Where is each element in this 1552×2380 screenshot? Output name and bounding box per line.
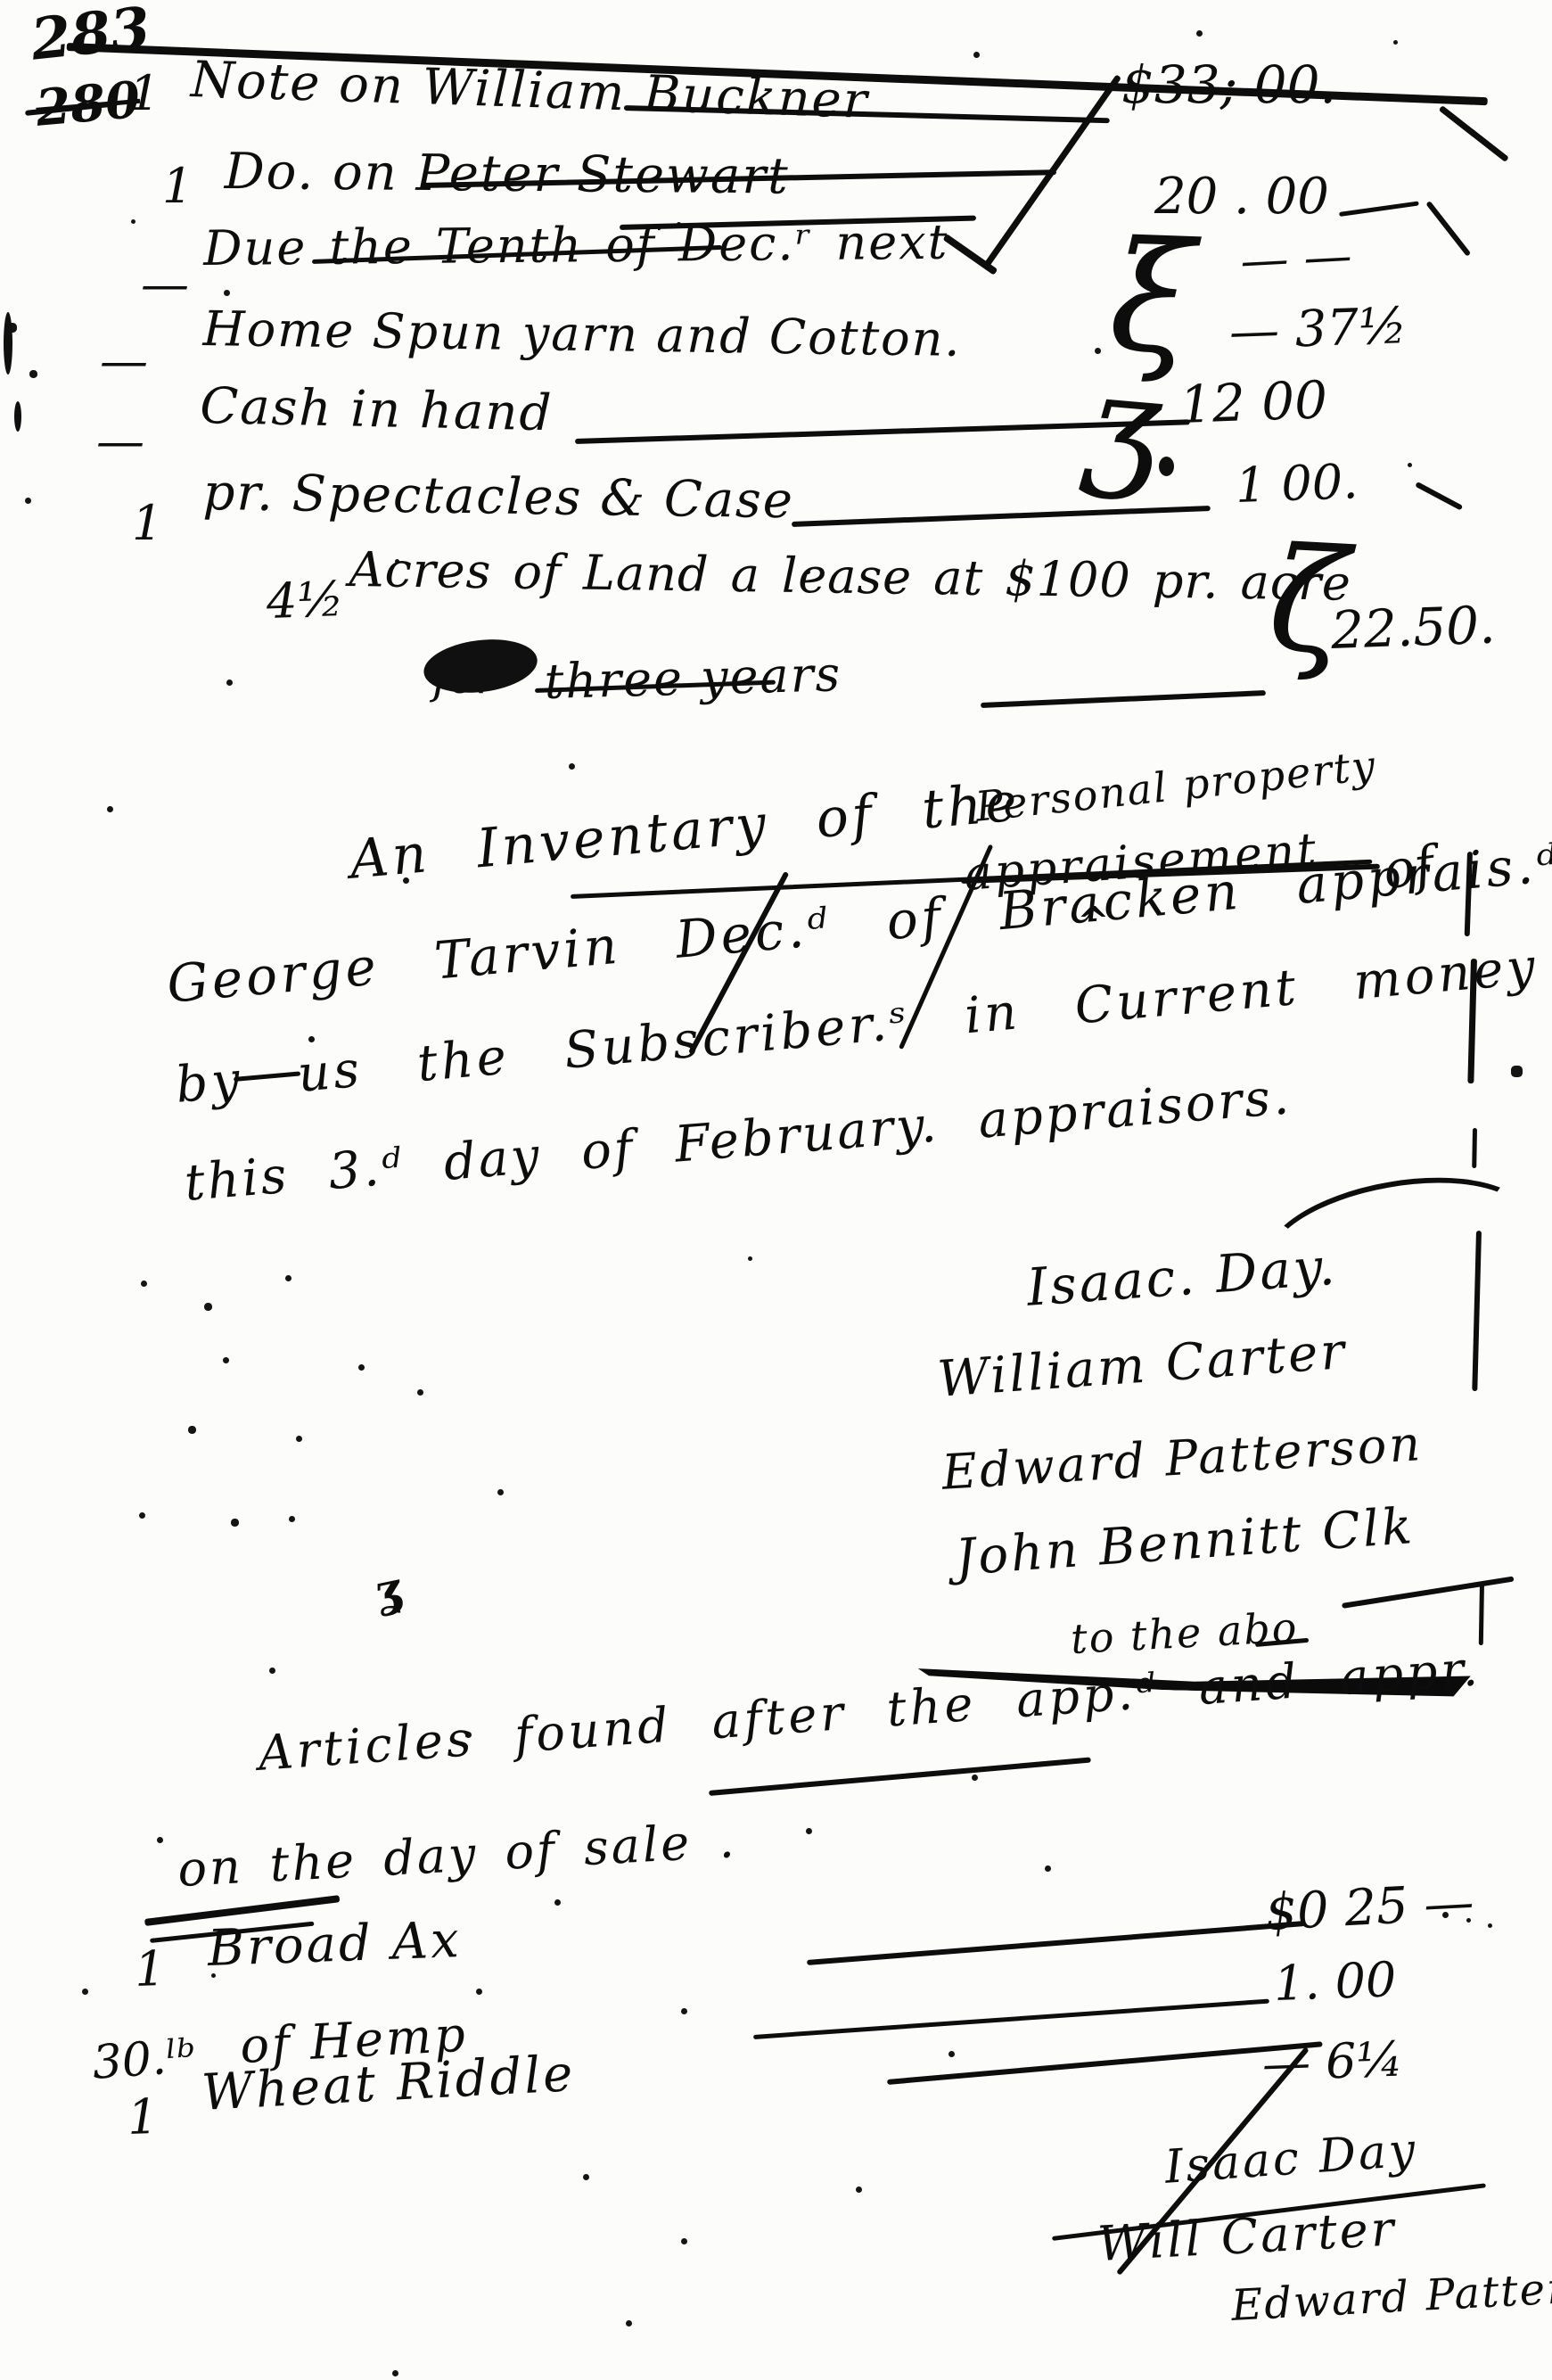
- row-qty: 30.ˡᵇ: [91, 2033, 197, 2087]
- sale-title-line2: on the day of sale .: [177, 1816, 738, 1894]
- row-qty: 1: [129, 70, 160, 118]
- row-amount: — —: [1239, 231, 1353, 284]
- right-border-segment: [1479, 1583, 1484, 1645]
- signature: Isaac. Day.: [1025, 1240, 1339, 1314]
- row-desc: Home Spun yarn and Cotton.: [202, 305, 962, 364]
- row-desc: Cash in hand: [200, 382, 554, 439]
- row-dash-line: [887, 2041, 1323, 2085]
- top-border-hook: [1439, 105, 1509, 162]
- row-desc: Due the Tenth of Dec.ʳ next: [203, 218, 949, 273]
- row-dash-line: [753, 1999, 1269, 2039]
- ink-teardrop: [1159, 457, 1174, 476]
- document-scan: 283 280 1 Note on William Buckner $33; 0…: [0, 0, 1552, 2380]
- signature: Edward Patterson: [940, 1420, 1425, 1497]
- row-qty: —: [100, 337, 148, 385]
- amount-hook-mark: [1415, 482, 1463, 511]
- row-amount: $33; 00.: [1121, 59, 1336, 111]
- row-desc: Do. on Peter Stewart: [225, 147, 790, 202]
- row-qty: 1: [134, 1945, 166, 1994]
- row-qty: —: [141, 260, 189, 309]
- margin-squiggle-mark: ʓ: [369, 1566, 405, 1617]
- row-amount: 1. 00: [1273, 1956, 1397, 2008]
- heading-inserted-words: Personal property: [973, 745, 1378, 828]
- row-qty: 1: [162, 162, 193, 210]
- row-desc: Acres of Land a lease at $100 pr. acre: [349, 546, 1351, 608]
- row-amount: 12 00: [1178, 374, 1328, 431]
- land-line2-text: three years: [544, 650, 842, 706]
- signature: William Carter: [936, 1327, 1349, 1405]
- row-desc: pr. Spectacles & Case: [202, 468, 794, 526]
- row-dash-line: [807, 1921, 1305, 1965]
- row-qty: —: [96, 417, 144, 465]
- row-qty: 4½: [266, 575, 345, 626]
- row-dash-line: [981, 690, 1266, 708]
- row-desc: Note on William Buckner: [190, 55, 869, 127]
- signature-underline: [1342, 1576, 1515, 1608]
- row-qty: 1: [127, 2093, 159, 2142]
- signature: Edward Patterson: [1230, 2262, 1552, 2327]
- heading-line1: An Inventary of the: [348, 775, 1022, 887]
- folio-number: 283: [29, 0, 153, 70]
- signature: Isaac Day: [1163, 2127, 1419, 2191]
- row-amount: — 37½: [1228, 301, 1408, 358]
- strike-line: [709, 1758, 1091, 1796]
- row-amount: 1 00.: [1235, 457, 1359, 510]
- row-desc: Broad Ax: [207, 1915, 462, 1974]
- ink-speckles: [0, 0, 3, 3]
- right-border-segment: [1472, 1128, 1477, 1168]
- top-border-hook2: [1425, 201, 1471, 257]
- row-dash-line: [792, 506, 1211, 527]
- sale-title-line1: Articles found after the app.ᵈ and appr.: [257, 1644, 1482, 1778]
- amount-tail-swash: [1339, 201, 1419, 216]
- left-margin-mark: [4, 312, 12, 375]
- left-margin-mark: [14, 401, 21, 432]
- attestation-text: to the abo: [1070, 1607, 1299, 1659]
- signature: John Bennitt Clk: [954, 1502, 1417, 1584]
- row-amount: 22.50.: [1330, 599, 1496, 656]
- row-qty: 1: [132, 499, 162, 548]
- row-amount: $0 25 —: [1264, 1878, 1475, 1939]
